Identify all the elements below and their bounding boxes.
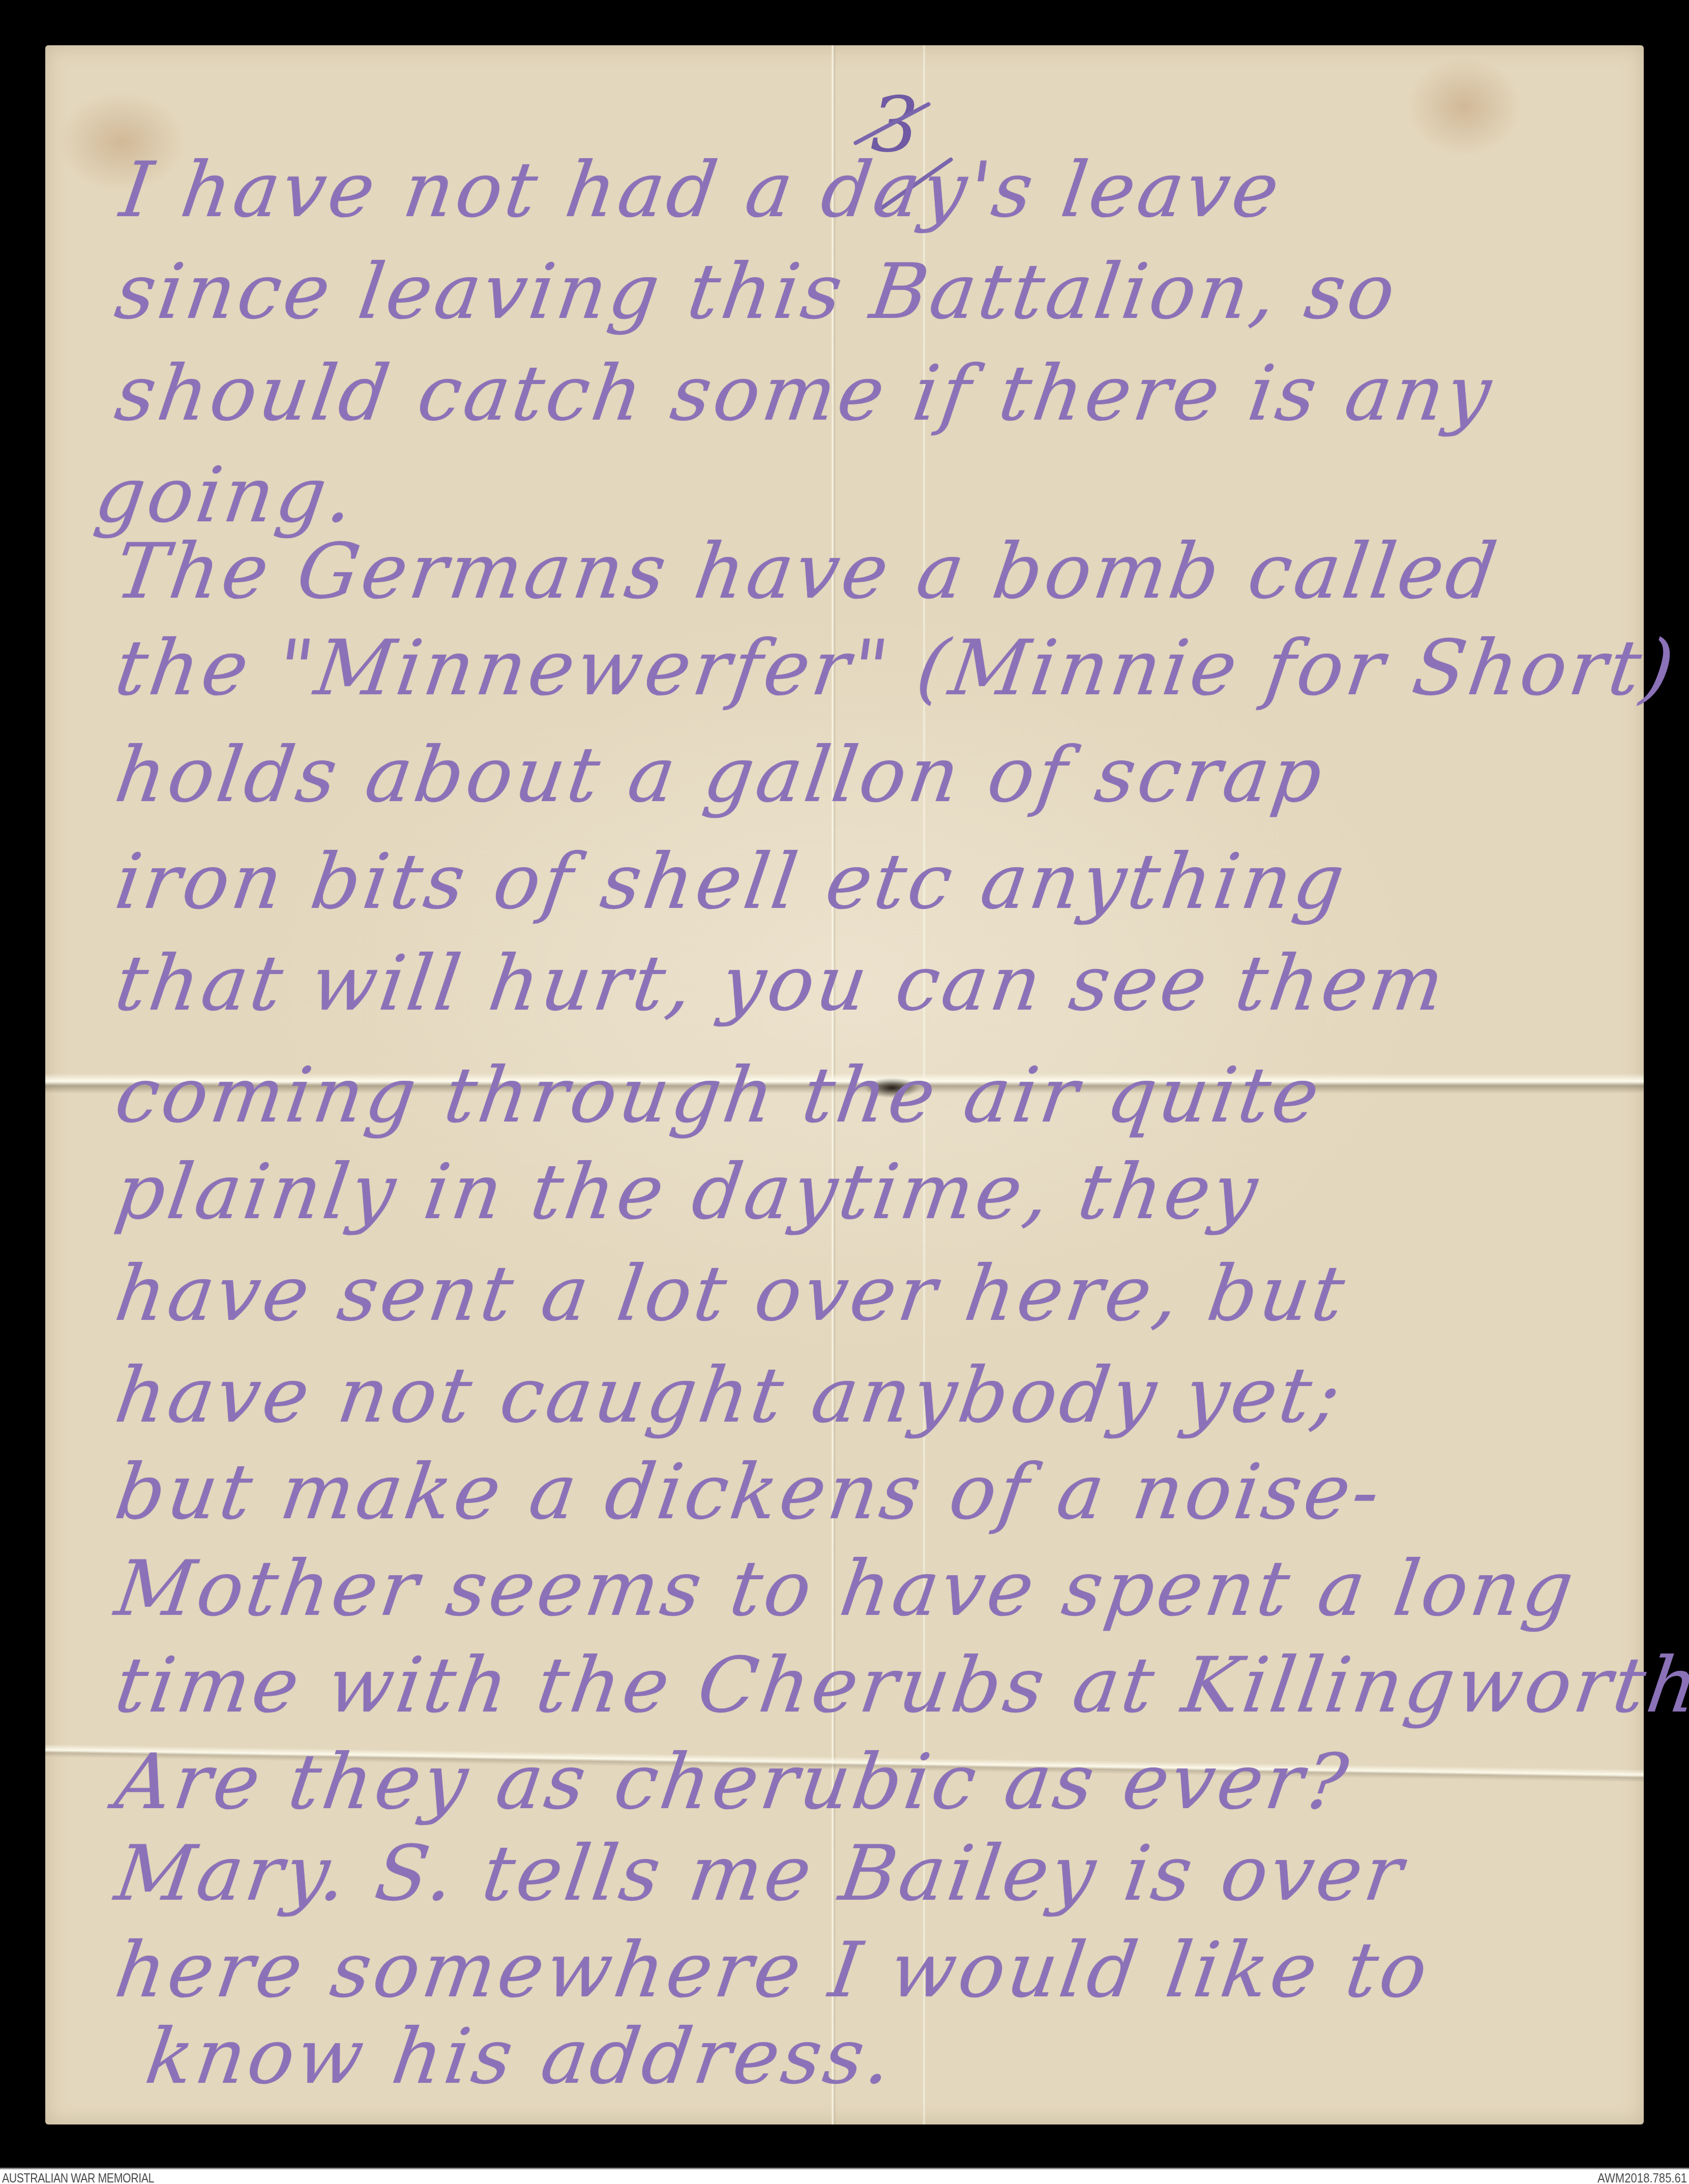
- letter-line: have sent a lot over here, but: [110, 1251, 1669, 1337]
- letter-line: the "Minnewerfer" (Minnie for Short) it: [110, 625, 1669, 712]
- caption-strip: AUSTRALIAN WAR MEMORIAL AWM2018.785.61: [0, 2168, 1689, 2184]
- letter-line: going.: [90, 452, 1648, 539]
- letter-line: know his address.: [141, 2014, 1689, 2100]
- letter-line: have not caught anybody yet;: [110, 1352, 1669, 1439]
- letter-line: time with the Cherubs at Killingworth;: [110, 1642, 1669, 1729]
- letter-line: coming through the air quite: [110, 1052, 1669, 1139]
- letter-line: Mary. S. tells me Bailey is over: [110, 1831, 1669, 1917]
- letter-line: holds about a gallon of scrap: [110, 732, 1669, 818]
- letter-line: should catch some if there is any: [110, 350, 1669, 437]
- letter-line: iron bits of shell etc anything: [110, 839, 1669, 925]
- accession-number: AWM2018.785.61: [1597, 2170, 1687, 2184]
- letter-line: plainly in the daytime, they: [110, 1149, 1669, 1235]
- letter-line: here somewhere I would like to: [110, 1927, 1669, 2014]
- letter-line: I have not had a day's leave: [115, 147, 1674, 233]
- letter-line: since leaving this Battalion, so: [110, 249, 1669, 335]
- institution-label: AUSTRALIAN WAR MEMORIAL: [2, 2170, 154, 2184]
- letter-line: Are they as cherubic as ever?: [110, 1739, 1669, 1825]
- scan-background: 3 I have not had a day's leave since lea…: [0, 0, 1689, 2168]
- letter-line: that will hurt, you can see them: [110, 940, 1669, 1027]
- letter-paper: 3 I have not had a day's leave since lea…: [45, 45, 1644, 2124]
- letter-line: but make a dickens of a noise-: [110, 1449, 1669, 1536]
- letter-line: Mother seems to have spent a long: [110, 1546, 1669, 1632]
- letter-line: The Germans have a bomb called: [110, 528, 1669, 615]
